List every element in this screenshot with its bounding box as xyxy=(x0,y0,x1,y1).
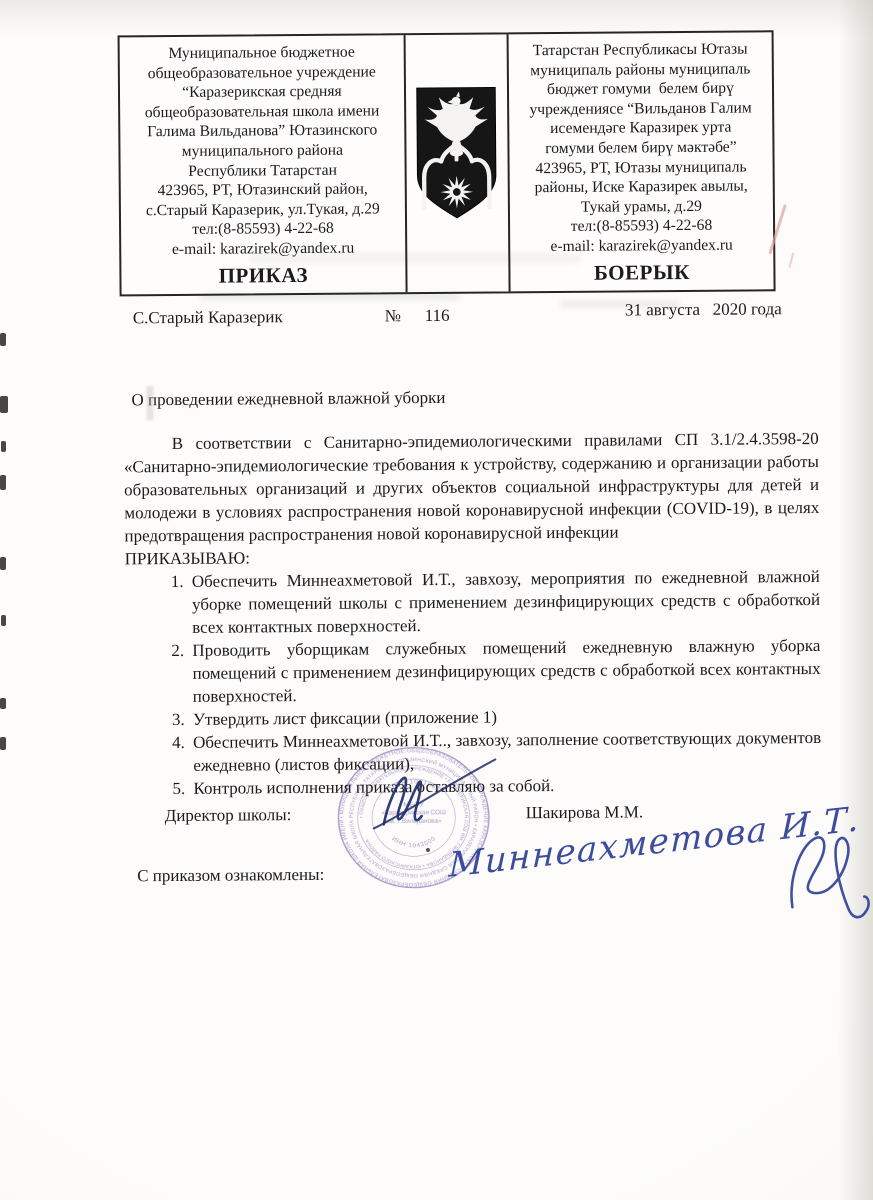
order-date: 31 августа 2020 года xyxy=(625,299,782,320)
org-email: e-mail: karazirek@yandex.ru xyxy=(515,235,768,257)
doc-title-tatar: БОЕРЫК xyxy=(515,258,768,286)
order-item: Обеспечить Миннеахметовой И.Т., завхозу,… xyxy=(188,565,821,639)
emblem-cell xyxy=(405,34,508,291)
org-line: Республики Татарстан xyxy=(126,160,400,182)
signature-flourish xyxy=(784,827,873,928)
intro-paragraph: В соответствии с Санитарно-эпидемиологич… xyxy=(124,427,820,547)
order-item: Контроль исполнения приказа оставляю за … xyxy=(189,772,821,800)
acknowledged-label: С приказом ознакомлены: xyxy=(137,865,324,886)
director-label: Директор школы: xyxy=(165,805,292,826)
org-email: e-mail: karazirek@yandex.ru xyxy=(126,238,400,260)
org-line: гомуми белем бирү мәктәбе” xyxy=(514,137,767,159)
org-address-line: Тукай урамы, д.29 xyxy=(515,196,768,218)
pen-mark xyxy=(788,252,794,268)
org-phone: тел:(8-85593) 4-22-68 xyxy=(515,216,768,238)
org-line: учреждениясе “Вильданов Галим xyxy=(514,98,767,120)
org-line: исемендәге Каразирек урта xyxy=(514,118,767,140)
org-line: Галима Вильданова” Ютазинского xyxy=(125,121,399,143)
letterhead-table: Муниципальное бюджетное общеобразователь… xyxy=(118,30,776,296)
org-line: Татарстан Республикасы Ютазы xyxy=(513,39,766,61)
org-line: общеобразовательное учреждение xyxy=(125,62,399,84)
letterhead-russian: Муниципальное бюджетное общеобразователь… xyxy=(120,35,408,294)
number-sign: № xyxy=(385,306,401,326)
place-name: С.Старый Каразерик xyxy=(133,307,283,328)
org-line: бюджет гомуми белем бирү xyxy=(514,79,767,101)
org-line: Муниципальное бюджетное xyxy=(125,42,399,64)
scan-streak xyxy=(146,386,153,420)
org-address-line: с.Старый Каразерик, ул.Тукая, д.29 xyxy=(126,199,400,221)
org-line: муниципаль районы муниципаль xyxy=(514,59,767,81)
org-address-line: 423965, РТ, Ютазинский район, xyxy=(126,179,400,201)
org-address-line: 423965, РТ, Ютазы муниципаль xyxy=(514,157,767,179)
director-signature xyxy=(353,751,504,837)
org-line: муниципального района xyxy=(125,140,399,162)
org-address-line: районы, Иске Каразирек авылы, xyxy=(515,176,768,198)
order-item: Проводить уборщикам служебных помещений … xyxy=(188,634,821,708)
document-content: Муниципальное бюджетное общеобразователь… xyxy=(0,0,873,1200)
subject-line: О проведении ежедневной влажной уборки xyxy=(131,388,445,410)
doc-title-russian: ПРИКАЗ xyxy=(126,261,400,289)
order-number: 116 xyxy=(425,306,450,326)
org-phone: тел:(8-85593) 4-22-68 xyxy=(126,219,400,241)
director-name: Шакирова М.М. xyxy=(526,802,644,823)
letterhead-tatar: Татарстан Республикасы Ютазы муниципаль … xyxy=(506,32,773,291)
scanned-document-page: Муниципальное бюджетное общеобразователь… xyxy=(0,0,873,1200)
ink-dot xyxy=(426,848,430,852)
coat-of-arms-icon xyxy=(412,85,501,222)
order-item: Обеспечить Миннеахметовой И.Т.., завхозу… xyxy=(189,726,821,777)
meta-line: С.Старый Каразерик № 116 31 августа 2020… xyxy=(123,303,818,334)
org-line: общеобразовательная школа имени xyxy=(125,101,399,123)
org-line: “Каразерикская средняя xyxy=(125,81,399,103)
